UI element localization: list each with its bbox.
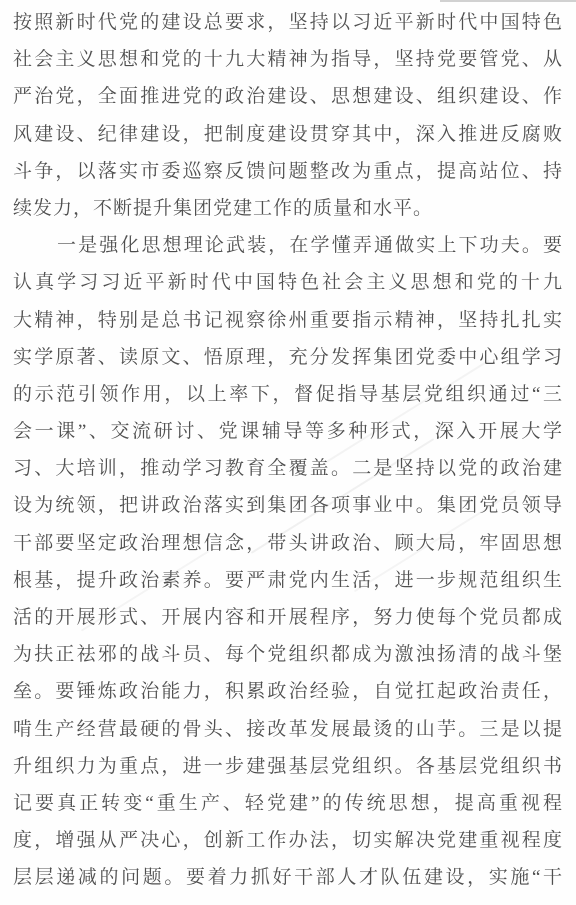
text-line: 风建设、纪律建设，把制度建设贯穿其中，深入推进反腐败: [13, 116, 563, 153]
text-line: 一是强化思想理论武装，在学懂弄通做实上下功夫。要: [13, 227, 563, 264]
text-line: 实学原著、读原文、悟原理，充分发挥集团党委中心组学习: [13, 339, 563, 376]
text-line: 斗争，以落实市委巡察反馈问题整改为重点，提高站位、持: [13, 153, 563, 190]
text-line: 社会主义思想和党的十九大精神为指导，坚持党要管党、从: [13, 41, 563, 78]
text-line: 记要真正转变“重生产、轻党建”的传统思想，提高重视程: [13, 785, 563, 822]
document-text: 按照新时代党的建设总要求，坚持以习近平新时代中国特色 社会主义思想和党的十九大精…: [13, 4, 563, 897]
text-line: 啃生产经营最硬的骨头、接改革发展最烫的山芋。三是以提: [13, 711, 563, 748]
text-line: 层层递减的问题。要着力抓好干部人才队伍建设，实施“干: [13, 859, 563, 896]
text-line: 干部要坚定政治理想信念，带头讲政治、顾大局，牢固思想: [13, 525, 563, 562]
scanned-document-page: 按照新时代党的建设总要求，坚持以习近平新时代中国特色 社会主义思想和党的十九大精…: [0, 0, 576, 905]
text-line: 续发力，不断提升集团党建工作的质量和水平。: [13, 190, 563, 227]
text-line: 认真学习习近平新时代中国特色社会主义思想和党的十九: [13, 264, 563, 301]
text-line: 活的开展形式、开展内容和开展程序，努力使每个党员都成: [13, 599, 563, 636]
text-line: 升组织力为重点，进一步建强基层党组织。各基层党组织书: [13, 748, 563, 785]
paragraph-2: 一是强化思想理论武装，在学懂弄通做实上下功夫。要 认真学习习近平新时代中国特色社…: [13, 227, 563, 896]
text-line: 垒。要锤炼政治能力，积累政治经验，自觉扛起政治责任，: [13, 673, 563, 710]
scan-artifact-line: [440, 0, 576, 2]
text-line: 按照新时代党的建设总要求，坚持以习近平新时代中国特色: [13, 4, 563, 41]
text-line: 会一课”、交流研讨、党课辅导等多种形式，深入开展大学: [13, 413, 563, 450]
paragraph-1: 按照新时代党的建设总要求，坚持以习近平新时代中国特色 社会主义思想和党的十九大精…: [13, 4, 563, 227]
text-line: 大精神，特别是总书记视察徐州重要指示精神，坚持扎扎实: [13, 302, 563, 339]
text-line: 度，增强从严决心，创新工作办法，切实解决党建重视程度: [13, 822, 563, 859]
text-line: 严治党，全面推进党的政治建设、思想建设、组织建设、作: [13, 78, 563, 115]
text-line: 习、大培训，推动学习教育全覆盖。二是坚持以党的政治建: [13, 450, 563, 487]
text-line: 的示范引领作用，以上率下，督促指导基层党组织通过“三: [13, 376, 563, 413]
text-line: 根基，提升政治素养。要严肃党内生活，进一步规范组织生: [13, 562, 563, 599]
text-line: 为扶正祛邪的战斗员、每个党组织都成为激浊扬清的战斗堡: [13, 636, 563, 673]
text-line: 设为统领，把讲政治落实到集团各项事业中。集团党员领导: [13, 487, 563, 524]
